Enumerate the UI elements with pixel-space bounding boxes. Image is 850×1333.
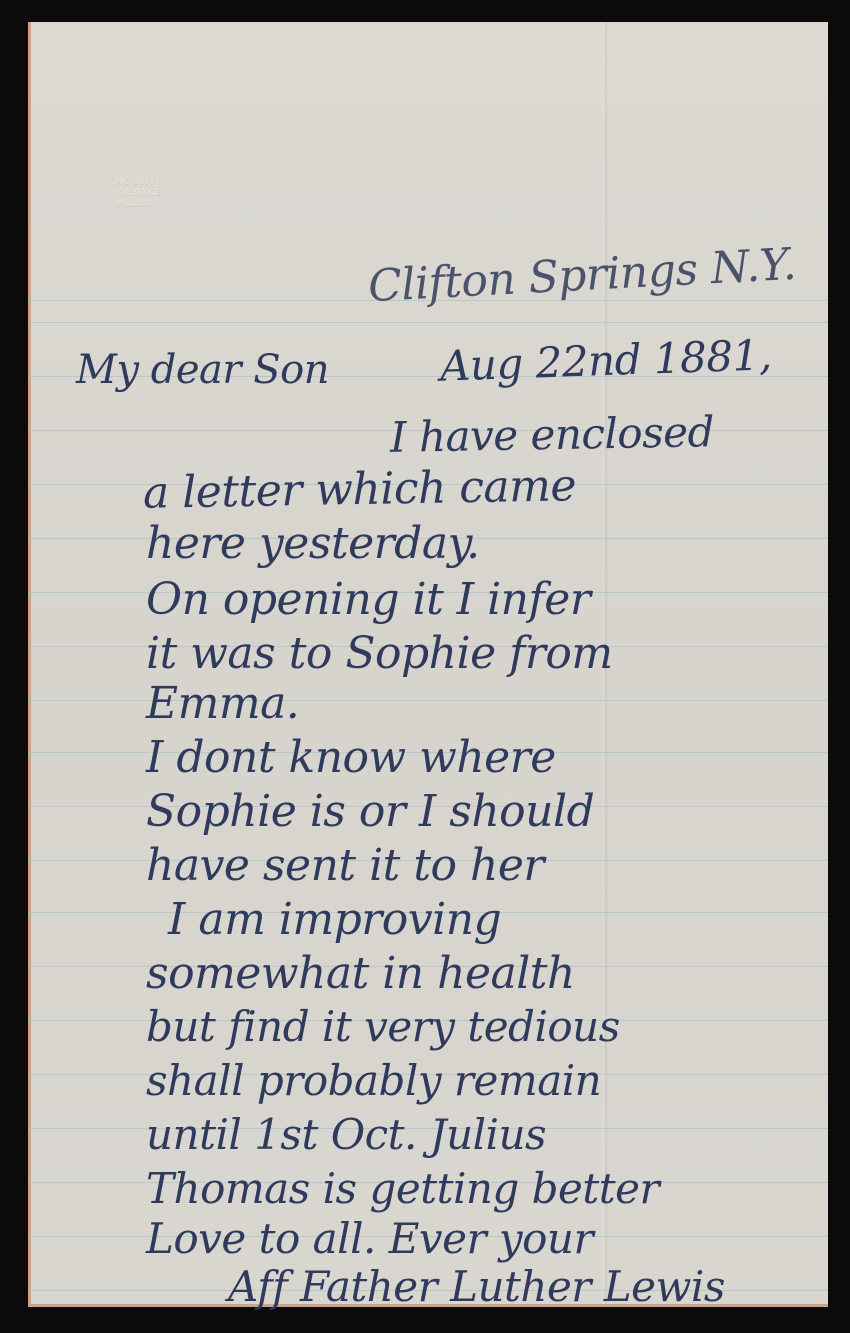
body-line: but find it very tedious [146,1006,620,1048]
body-line: a letter which came [143,464,577,516]
embossed-stamp: MOUNT HOLYOKE MILLS [100,177,170,210]
body-line: shall probably remain [146,1060,601,1102]
letter-paper: MOUNT HOLYOKE MILLS Clifton Springs N.Y.… [28,22,828,1307]
body-line: Emma. [146,682,299,726]
salutation: My dear Son [76,350,329,390]
ruled-line [28,322,828,323]
body-line: somewhat in health [146,952,575,996]
body-line: here yesterday. [146,522,480,566]
body-line: Sophie is or I should [146,790,594,834]
body-line: On opening it I infer [146,578,590,622]
body-line: I dont know where [146,736,556,780]
body-line: have sent it to her [146,844,544,888]
body-line: I am improving [168,898,501,942]
signature: Aff Father Luther Lewis [228,1266,725,1308]
body-line: I have enclosed [390,411,715,459]
body-line: Thomas is getting better [146,1168,659,1210]
body-line: until 1st Oct. Julius [146,1114,546,1156]
body-line: it was to Sophie from [146,632,613,676]
body-line: Love to all. Ever your [146,1218,593,1260]
heading-date: Aug 22nd 1881, [439,334,772,388]
